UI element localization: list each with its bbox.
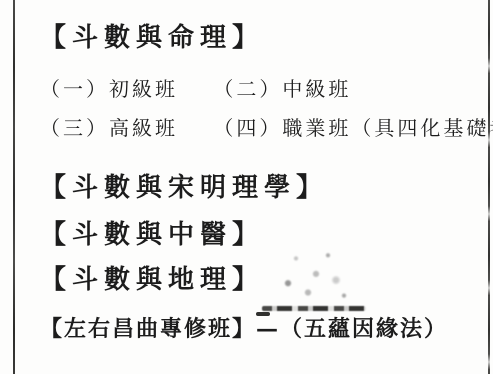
heading-doushu-mingli: 【斗數與命理】 [40, 17, 264, 54]
zuoyou-class-note: —（五蘊因緣法） [256, 316, 448, 342]
class-line-1: （一）初級班 （二）中級班 [40, 73, 351, 102]
class-item-professional: （四）職業班（具四化基礎者） [213, 116, 493, 140]
heading-doushu-dili: 【斗數與地理】 [40, 259, 264, 296]
course-list: 【斗數與命理】 （一）初級班 （二）中級班 （三）高級班 （四）職業班（具四化基… [0, 0, 493, 374]
class-item-intermediate: （二）中級班 [213, 77, 351, 101]
class-item-beginner: （一）初級班 [40, 77, 178, 101]
zuoyou-class-title: 【左右昌曲專修班】 [40, 316, 256, 342]
heading-doushu-songming: 【斗數與宋明理學】 [40, 167, 328, 204]
scanned-document-page: 【斗數與命理】 （一）初級班 （二）中級班 （三）高級班 （四）職業班（具四化基… [0, 0, 493, 374]
class-line-2: （三）高級班 （四）職業班（具四化基礎者） [40, 112, 493, 141]
heading-zuoyou-changqu: 【左右昌曲專修班】—（五蘊因緣法） [40, 312, 448, 343]
heading-doushu-zhongyi: 【斗數與中醫】 [40, 214, 264, 251]
class-item-advanced: （三）高級班 [40, 116, 178, 140]
